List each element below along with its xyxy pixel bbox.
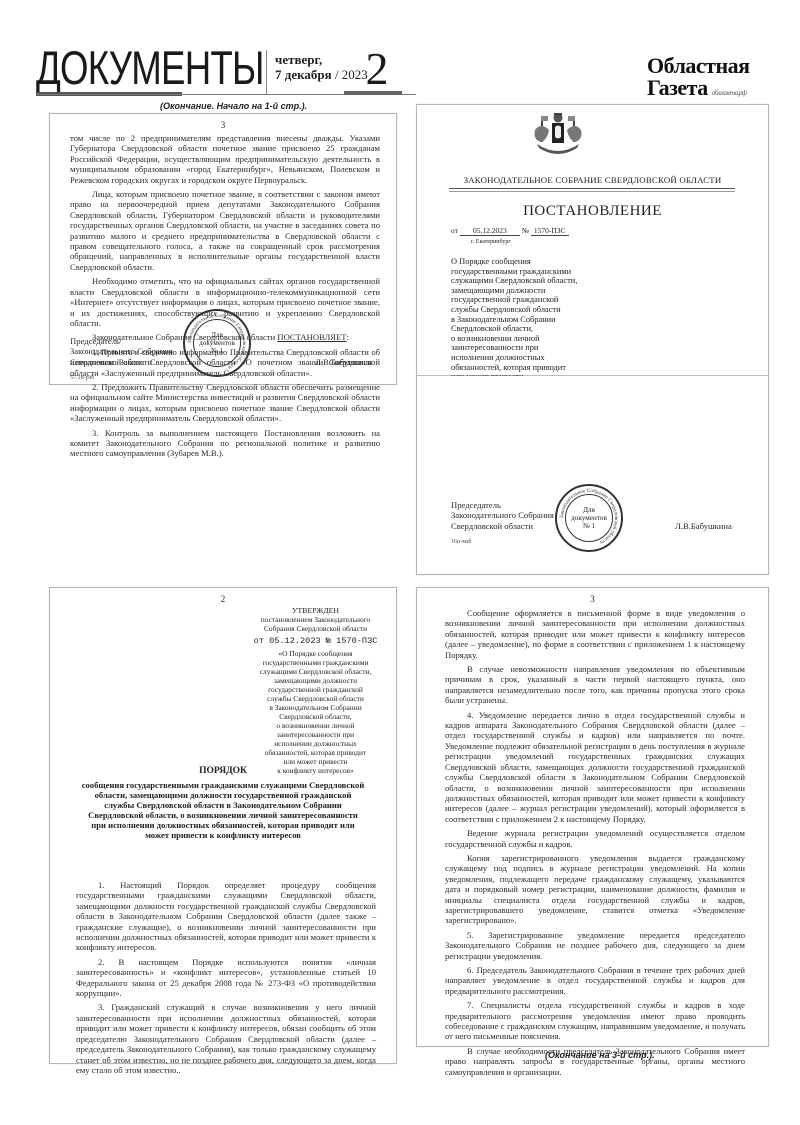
order-body: 1. Настоящий Порядок определяет процедур…	[76, 880, 376, 1079]
logo-site: облгазета.рф	[712, 89, 747, 97]
order-item: 2. В настоящем Порядке используются поня…	[76, 957, 376, 999]
page-1-body: том числе по 2 предпринимателям представ…	[70, 133, 380, 463]
order-continued-body: Сообщение оформляется в письменной форме…	[445, 608, 745, 1081]
city: г. Екатеринбург	[471, 239, 511, 245]
organization-name: ЗАКОНОДАТЕЛЬНОЕ СОБРАНИЕ СВЕРДЛОВСКОЙ ОБ…	[417, 175, 768, 185]
newspaper-logo: Областная Газетаоблгазета.рф	[647, 55, 750, 104]
page-number: 2	[357, 46, 397, 92]
order-title: ПОРЯДОК	[70, 766, 376, 776]
stamp-ring-text: Законодательное Собрание Свердловской об…	[185, 311, 249, 375]
order-item: 3. Гражданский служащий в случае возникн…	[76, 1002, 376, 1075]
document-page-resolution: ЗАКОНОДАТЕЛЬНОЕ СОБРАНИЕ СВЕРДЛОВСКОЙ ОБ…	[416, 104, 769, 376]
doc-code: 16п-мзб	[451, 539, 471, 545]
logo-line2: Газета	[647, 75, 708, 100]
paragraph: Лица, которым присвоено почетное звание,…	[70, 189, 380, 272]
paragraph: 4. Уведомление передается лично в отдел …	[445, 710, 745, 824]
date: 7 декабря	[275, 67, 332, 82]
document-type: ПОСТАНОВЛЕНИЕ	[417, 203, 768, 220]
continued-from-note: (Окончание. Начало на 1-й стр.).	[160, 101, 307, 111]
masthead: ДОКУМЕНТЫ четверг, 7 декабря / 2023 2 Об…	[0, 0, 800, 100]
masthead-divider	[266, 50, 267, 94]
signatory-name: Л.В.Бабушкина	[315, 357, 372, 367]
official-stamp: Законодательное Собрание Свердловской об…	[555, 484, 623, 552]
paragraph: том числе по 2 предпринимателям представ…	[70, 133, 380, 185]
document-page-order-continued: 3 Сообщение оформляется в письменной фор…	[416, 587, 769, 1047]
header-rule	[449, 188, 735, 192]
masthead-rule-right	[402, 94, 414, 95]
order-subtitle: сообщения государственными гражданскими …	[80, 780, 366, 840]
page-3-number: 2	[50, 594, 396, 604]
paragraph: Ведение журнала регистрации уведомлений …	[445, 828, 745, 849]
document-date: 05.12.2023	[460, 226, 520, 236]
doc-code: 57.1п-рзб	[70, 375, 94, 381]
document-number: 1570-ПЗС	[531, 226, 569, 236]
document-page-approved-order: 2 УТВЕРЖДЕН постановлением Законодательн…	[49, 587, 397, 1064]
subject-block: О Порядке сообщения государственными гра…	[451, 257, 611, 391]
logo-line1: Областная	[647, 55, 750, 77]
approval-block: УТВЕРЖДЕН постановлением Законодательног…	[253, 606, 378, 775]
svg-text:Законодательное Собрание Сверд: Законодательное Собрание Свердловской об…	[559, 487, 619, 545]
signatory-name: Л.В.Бабушкина	[675, 521, 732, 531]
resolves-word: ПОСТАНОВЛЯЕТ	[277, 332, 346, 342]
approval-reference: от 05.12.2023 № 1570-ПЗС	[253, 637, 378, 646]
document-page-1: 3 том числе по 2 предпринимателям предст…	[49, 113, 397, 385]
svg-text:Законодательное Собрание Сверд: Законодательное Собрание Свердловской об…	[187, 312, 247, 370]
paragraph: Сообщение оформляется в письменной форме…	[445, 608, 745, 660]
paragraph: 5. Зарегистрированное уведомление переда…	[445, 930, 745, 961]
resolution-item: 3. Контроль за выполнением настоящего По…	[70, 428, 380, 459]
continued-to-note: (Окончание на 3-й стр.).	[545, 1050, 655, 1060]
date-number-line: от 05.12.2023 № 1570-ПЗС	[451, 226, 569, 236]
resolution-item: 2. Предложить Правительству Свердловской…	[70, 382, 380, 424]
signature-title: Председатель Законодательного Собрания С…	[451, 500, 554, 531]
issue-date: четверг, 7 декабря / 2023	[275, 52, 368, 82]
page-1-number: 3	[50, 120, 396, 130]
document-page-resolution-lower: Председатель Законодательного Собрания С…	[416, 376, 769, 575]
paragraph: 6. Председатель Законодательного Собрани…	[445, 965, 745, 996]
page-number-bar	[344, 91, 402, 95]
section-title: ДОКУМЕНТЫ	[36, 44, 264, 91]
paragraph: Копия зарегистрированного уведомления вы…	[445, 853, 745, 926]
stamp-ring-text: Законодательное Собрание Свердловской об…	[557, 486, 621, 550]
paragraph: 7. Специалисты отдела государственной сл…	[445, 1000, 745, 1042]
weekday: четверг,	[275, 52, 368, 67]
order-item: 1. Настоящий Порядок определяет процедур…	[76, 880, 376, 953]
coat-of-arms-icon	[531, 110, 585, 160]
paragraph: В случае невозможности направления уведо…	[445, 664, 745, 706]
page-4-number: 3	[417, 594, 768, 604]
signature-title: Председатель Законодательного Собрания С…	[70, 336, 173, 367]
official-stamp: Законодательное Собрание Свердловской об…	[183, 309, 251, 377]
